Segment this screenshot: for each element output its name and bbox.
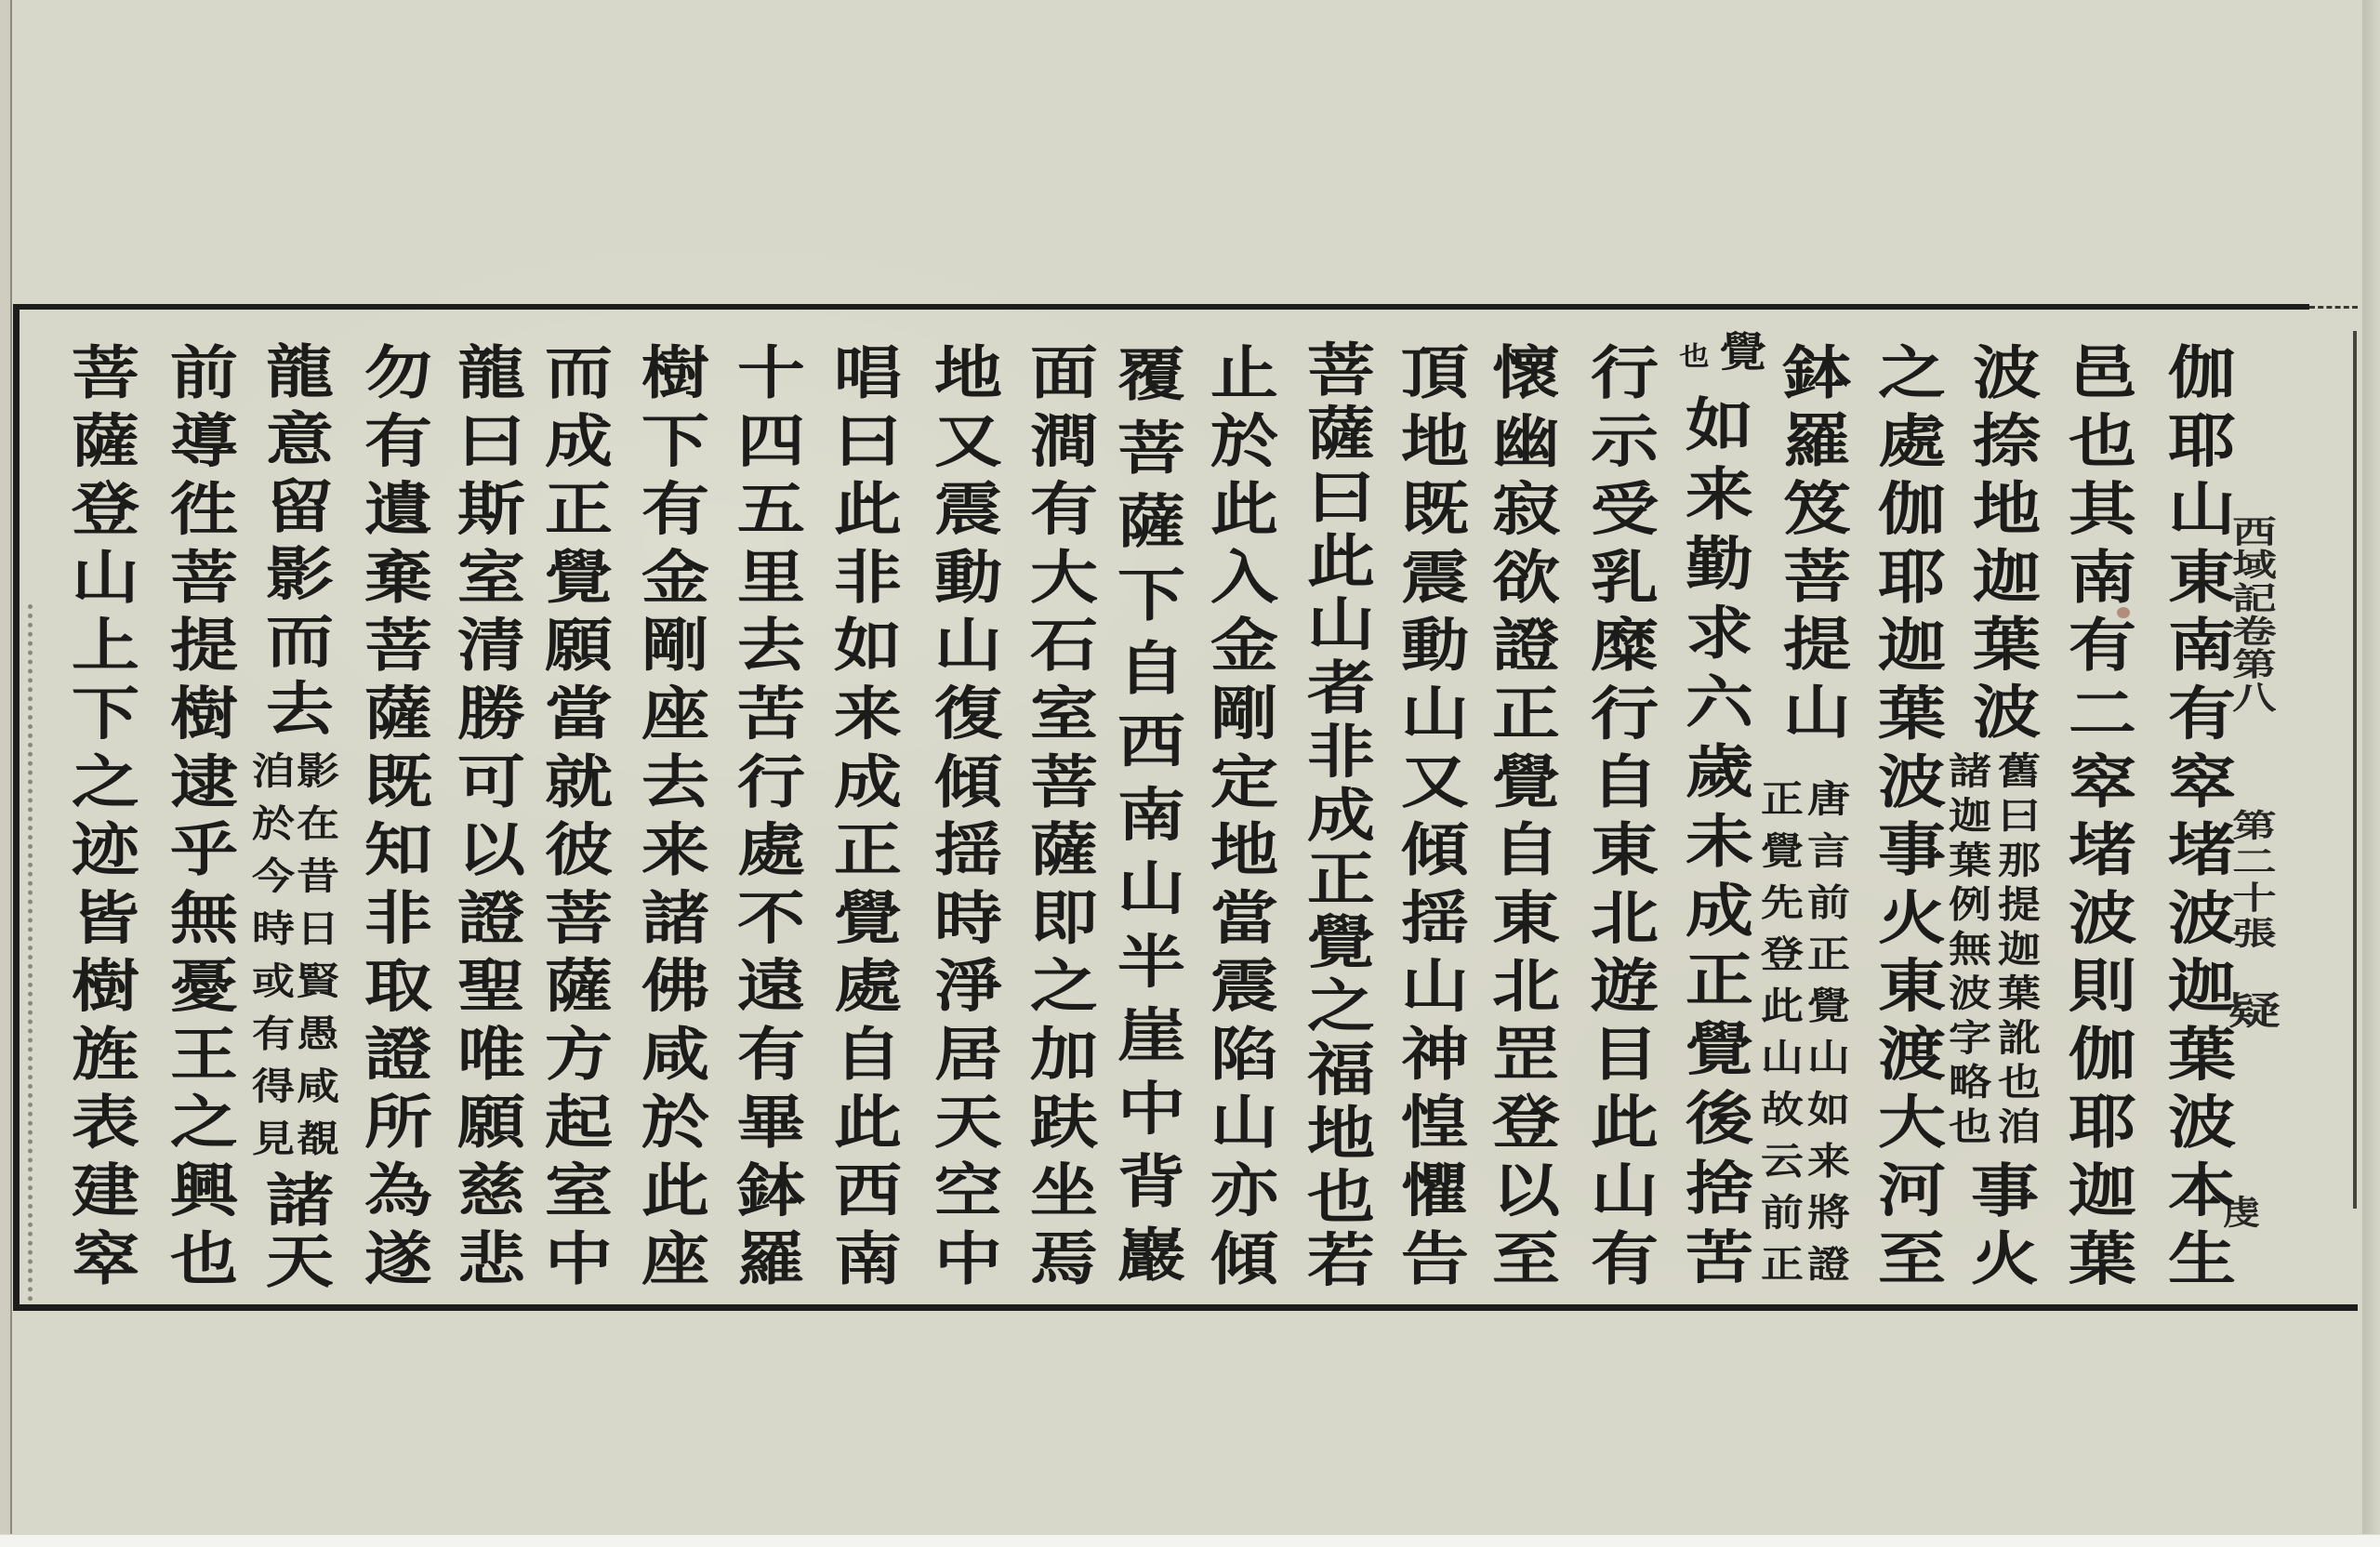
text-column-1: 伽耶山東南有窣堵波迦葉波本生 <box>2162 337 2229 1290</box>
text-column-14: 地又震動山復傾揺時淨居天空中 <box>928 337 996 1290</box>
text-column-9: 頂地既震動山又傾揺山神惶懼告 <box>1395 337 1462 1290</box>
column-6-note-left: 也 <box>1677 342 1707 368</box>
column-21-note-right: 影在昔日賢愚咸覩 <box>293 744 336 1164</box>
column-6-after: 如来勤求六歲未成正覺後捨苦 <box>1679 389 1747 1290</box>
column-3-note-right: 舊曰那提迦葉訛也洎 <box>1994 747 2037 1147</box>
column-3-after: 事火 <box>1964 1155 2032 1290</box>
text-column-4: 之處伽耶迦葉波事火東渡大河至 <box>1871 337 1939 1290</box>
text-column-17: 樹下有金剛座去来諸佛咸於此座 <box>635 337 703 1290</box>
frame-top-border <box>13 304 2309 310</box>
text-column-20: 勿有遺棄菩薩既知非取證所為遂 <box>358 337 426 1290</box>
text-column-12: 覆菩薩下自西南山半崖中背巖 <box>1111 337 1179 1290</box>
column-5-main: 鉢羅笈菩提山 <box>1777 337 1844 744</box>
text-column-8: 懷幽寂欲證正覺自東北罡登以至 <box>1486 337 1554 1290</box>
text-column-2: 邑也其南有二窣堵波則伽耶迦葉 <box>2062 337 2130 1290</box>
text-column-18: 而成正覺願當就彼菩薩方起室中 <box>538 337 606 1290</box>
scan-bottom-margin <box>0 1535 2380 1547</box>
ink-bleed-band <box>28 604 33 1302</box>
column-21-note-left: 洎於今時或有得見 <box>248 744 291 1164</box>
text-column-15: 唱曰此非如来成正覺處自此西南 <box>827 337 895 1290</box>
text-column-7: 行示受乳糜行自東北遊目此山有 <box>1584 337 1652 1290</box>
page-edge-line <box>10 0 12 1534</box>
column-5-note-right: 唐言前正覺山如来將證 <box>1804 772 1846 1289</box>
text-column-19: 龍曰斯室清勝可以證聖唯願慈悲 <box>451 337 519 1290</box>
text-column-11: 止於此入金剛定地當震陷山亦傾 <box>1204 337 1272 1290</box>
text-column-16: 十四五里去苦行處不遠有畢鉢羅 <box>731 337 799 1290</box>
adjacent-page-edge <box>0 0 10 1534</box>
text-column-22: 前導徃菩提樹逮乎無憂王之興也 <box>164 337 231 1290</box>
text-column-13: 面澗有大石室菩薩即之加趺坐焉 <box>1024 337 1091 1290</box>
frame-right-border <box>2353 331 2357 1209</box>
column-21-main: 龍意留影而去 <box>259 337 327 741</box>
column-21-after: 諸天 <box>259 1168 327 1290</box>
frame-bottom-border <box>13 1304 2358 1311</box>
text-column-23: 菩薩登山上下之迹皆樹旌表建窣 <box>65 337 133 1290</box>
frame-top-border-tail <box>2309 306 2358 309</box>
frame-left-border <box>13 304 20 1311</box>
column-3-main: 波捺地迦葉波 <box>1966 337 2034 744</box>
column-3-note-left: 諸迦葉例無波字略也 <box>1945 747 1988 1147</box>
column-6-note-right: 覺 <box>1714 330 1762 373</box>
page-fold-shadow <box>2362 0 2380 1534</box>
column-5-note-left: 正覺先登此山故云前正 <box>1757 772 1800 1289</box>
text-column-10: 菩薩曰此山者非成正覺之福地也若 <box>1301 337 1368 1290</box>
